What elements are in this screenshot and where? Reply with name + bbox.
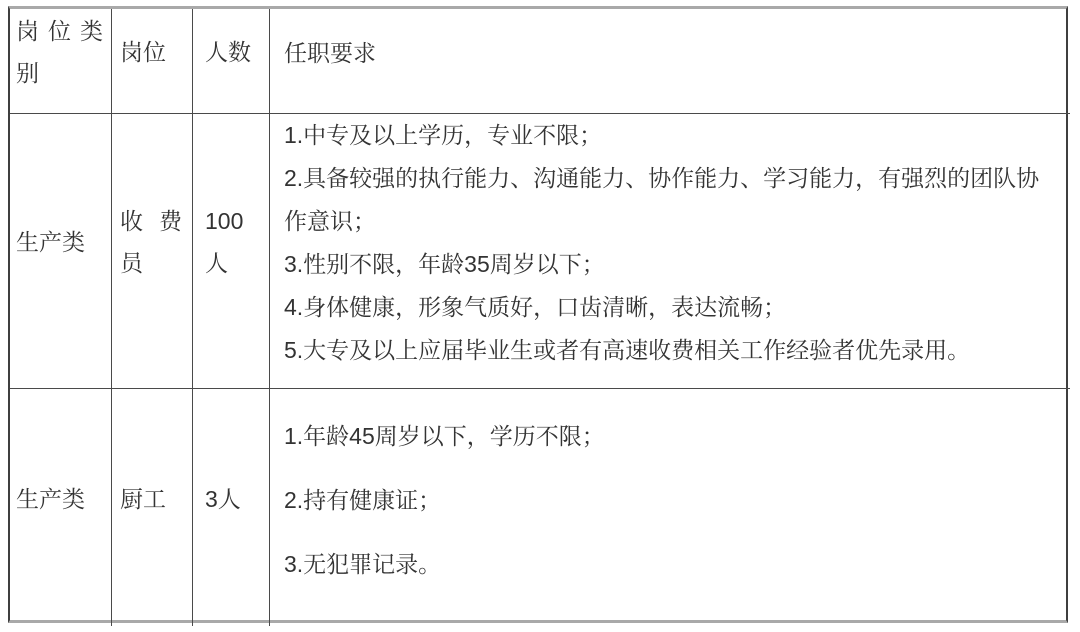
category-value: 生产类 [16,221,103,263]
row-collector-headcount-cell: 100人 [193,114,270,389]
header-cell-position: 岗位 [112,9,193,114]
row-cook-headcount-cell: 3人 [193,389,270,626]
position-value: 收费员 [120,200,182,284]
requirement-item: 2.持有健康证； [284,468,1055,532]
category-value: 生产类 [16,478,103,520]
headcount-value: 3人 [205,478,256,520]
requirement-item: 3.无犯罪记录。 [284,532,1055,596]
header-position-label: 岗位 [120,31,182,73]
requirement-item: 2.具备较强的执行能力、沟通能力、协作能力、学习能力，有强烈的团队协作意识； [284,157,1055,243]
row-cook-category-cell: 生产类 [10,389,112,626]
header-cell-headcount: 人数 [193,9,270,114]
requirement-item: 1.年龄45周岁以下，学历不限； [284,404,1055,468]
header-category-label: 岗位类别 [16,10,103,94]
row-collector-position-cell: 收费员 [112,114,193,389]
recruitment-table: 岗位类别 岗位 人数 任职要求 生产类 收费员 100人 1.中专及以上学历，专… [8,6,1068,623]
requirement-item: 1.中专及以上学历，专业不限； [284,114,1055,157]
header-requirements-label: 任职要求 [284,32,1055,74]
header-headcount-label: 人数 [205,31,256,73]
row-collector-category-cell: 生产类 [10,114,112,389]
header-cell-requirements: 任职要求 [270,9,1070,114]
requirement-item: 4.身体健康，形象气质好，口齿清晰，表达流畅； [284,286,1055,329]
row-collector-requirements-cell: 1.中专及以上学历，专业不限； 2.具备较强的执行能力、沟通能力、协作能力、学习… [270,114,1070,389]
document-page: 岗位类别 岗位 人数 任职要求 生产类 收费员 100人 1.中专及以上学历，专… [0,0,1080,632]
header-cell-category: 岗位类别 [10,9,112,114]
headcount-value: 100人 [205,200,256,284]
row-cook-requirements-cell: 1.年龄45周岁以下，学历不限； 2.持有健康证； 3.无犯罪记录。 [270,389,1070,626]
position-value: 厨工 [120,478,182,520]
requirement-item: 3.性别不限，年龄35周岁以下； [284,243,1055,286]
row-cook-position-cell: 厨工 [112,389,193,626]
requirement-item: 5.大专及以上应届毕业生或者有高速收费相关工作经验者优先录用。 [284,329,1055,372]
